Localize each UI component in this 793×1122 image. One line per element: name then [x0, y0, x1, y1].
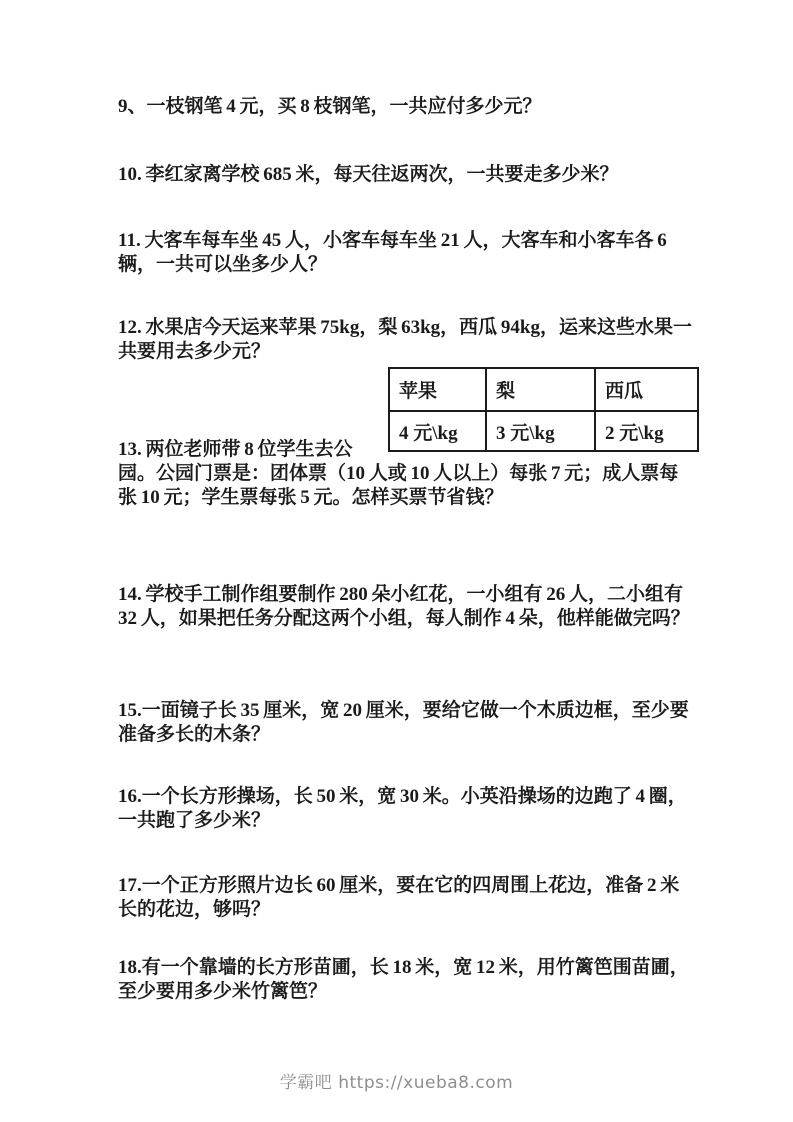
price-table-value-apple: 4 元\kg	[389, 411, 486, 451]
price-table-value-watermelon: 2 元\kg	[595, 411, 698, 451]
price-table-value-pear: 3 元\kg	[486, 411, 595, 451]
price-table-header-pear: 梨	[486, 368, 595, 411]
price-table-header-apple: 苹果	[389, 368, 486, 411]
fruit-price-table: 苹果 梨 西瓜 4 元\kg 3 元\kg 2 元\kg	[388, 367, 699, 452]
problem-15: 15.一面镜子长 35 厘米，宽 20 厘米，要给它做一个木质边框，至少要准备多…	[118, 699, 694, 747]
problem-17: 17.一个正方形照片边长 60 厘米，要在它的四周围上花边，准备 2 米长的花边…	[118, 874, 694, 922]
footer-watermark: 学霸吧 https://xueba8.com	[0, 1068, 793, 1093]
problem-14: 14. 学校手工制作组要制作 280 朵小红花，一小组有 26 人，二小组有 3…	[118, 583, 694, 631]
problem-16: 16.一个长方形操场，长 50 米，宽 30 米。小英沿操场的边跑了 4 圈，一…	[118, 785, 694, 833]
problem-12: 12. 水果店今天运来苹果 75kg，梨 63kg，西瓜 94kg，运来这些水果…	[118, 316, 694, 364]
problem-9: 9、一枝钢笔 4 元，买 8 枝钢笔，一共应付多少元？	[118, 95, 694, 119]
problem-18: 18.有一个靠墙的长方形苗圃，长 18 米，宽 12 米，用竹篱笆围苗圃，至少要…	[118, 956, 694, 1004]
price-table-header-row: 苹果 梨 西瓜	[389, 368, 698, 411]
worksheet-page: 9、一枝钢笔 4 元，买 8 枝钢笔，一共应付多少元？ 10. 李红家离学校 6…	[0, 0, 793, 1122]
problem-11: 11. 大客车每车坐 45 人，小客车每车坐 21 人，大客车和小客车各 6 辆…	[118, 229, 694, 277]
price-table-header-watermelon: 西瓜	[595, 368, 698, 411]
price-table-value-row: 4 元\kg 3 元\kg 2 元\kg	[389, 411, 698, 451]
problem-10: 10. 李红家离学校 685 米，每天往返两次，一共要走多少米？	[118, 163, 694, 187]
